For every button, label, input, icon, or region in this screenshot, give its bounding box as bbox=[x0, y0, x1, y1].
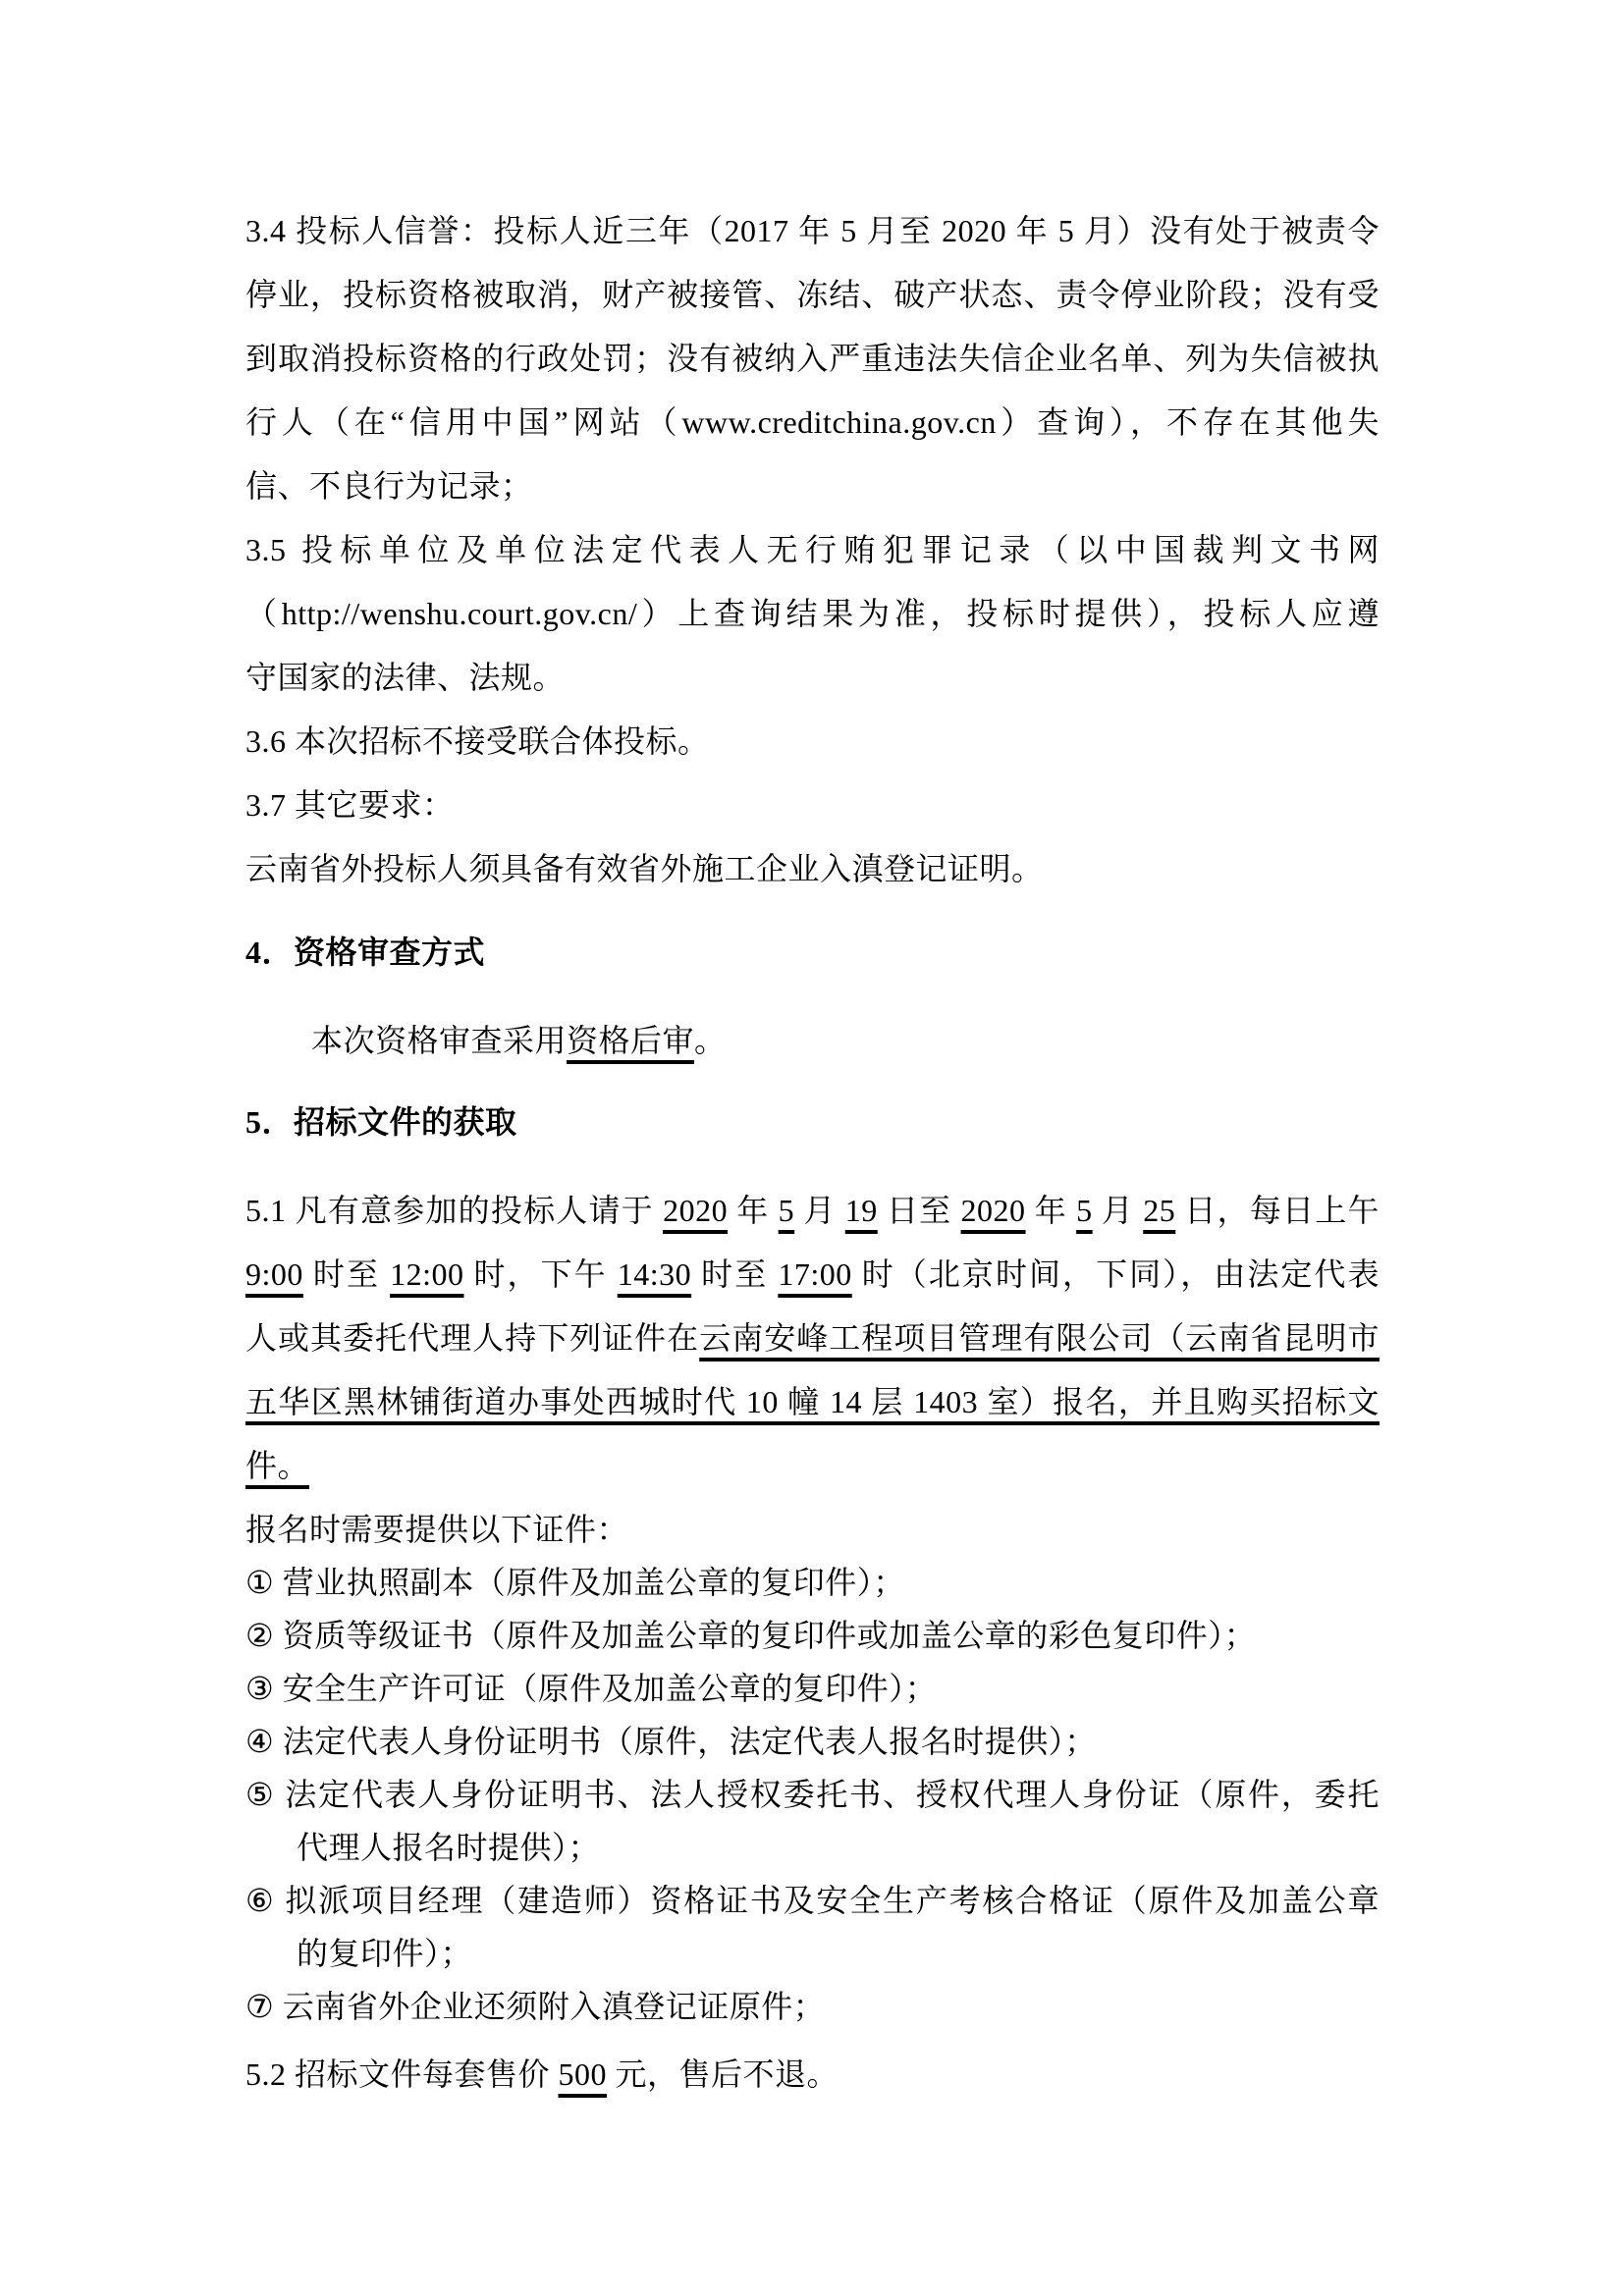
text-segment: 守国家的法律、法规。 bbox=[245, 660, 565, 695]
text-segment: 行人（在“信用中国”网站（www.creditchina.gov.cn）查询），… bbox=[245, 404, 1380, 440]
underlined-text: 2020 bbox=[961, 1193, 1026, 1228]
underlined-text: 5 bbox=[779, 1193, 795, 1228]
underlined-text: 19 bbox=[845, 1193, 878, 1228]
text-segment: 停业，投标资格被取消，财产被接管、冻结、破产状态、责令停业阶段；没有受 bbox=[245, 277, 1380, 312]
text-segment: 5.1 凡有意参加的投标人请于 bbox=[245, 1193, 663, 1228]
text-line: 件。 bbox=[245, 1434, 1380, 1498]
text-segment: 。 bbox=[694, 1023, 727, 1058]
text-line: 5．招标文件的获取 bbox=[245, 1091, 1380, 1154]
list-required-documents: 报名时需要提供以下证件：① 营业执照副本（原件及加盖公章的复印件）；② 资质等级… bbox=[245, 1503, 1380, 2033]
text-segment: 时，下午 bbox=[463, 1256, 617, 1292]
text-line: 5.1 凡有意参加的投标人请于 2020 年 5 月 19 日至 2020 年 … bbox=[245, 1179, 1380, 1243]
text-line: 9:00 时至 12:00 时，下午 14:30 时至 17:00 时（北京时间… bbox=[245, 1243, 1380, 1307]
document-page: 3.4 投标人信誉：投标人近三年（2017 年 5 月至 2020 年 5 月）… bbox=[0, 0, 1624, 2296]
text-segment: 时（北京时间，下同），由法定代表 bbox=[852, 1256, 1380, 1292]
paragraph-3-7: 3.7 其它要求： bbox=[245, 774, 1380, 837]
text-segment: 时至 bbox=[303, 1256, 390, 1292]
text-segment: 日至 bbox=[878, 1193, 961, 1228]
text-segment: 元，售后不退。 bbox=[607, 2056, 839, 2092]
underlined-text: 五华区黑林铺街道办事处西城时代 10 幢 14 层 1403 室）报名，并且购买… bbox=[245, 1384, 1380, 1419]
text-line: 3.7 其它要求： bbox=[245, 774, 1380, 837]
text-segment: 代理人报名时提供）； bbox=[297, 1830, 600, 1865]
text-segment: 报名时需要提供以下证件： bbox=[245, 1512, 628, 1547]
text-line: 本次资格审查采用资格后审。 bbox=[245, 1009, 1380, 1073]
text-segment: 人或其委托代理人持下列证件在 bbox=[245, 1320, 699, 1356]
text-segment: ① 营业执照副本（原件及加盖公章的复印件）； bbox=[245, 1565, 905, 1600]
paragraph-3-7-note: 云南省外投标人须具备有效省外施工企业入滇登记证明。 bbox=[245, 837, 1380, 901]
text-segment: 到取消投标资格的行政处罚；没有被纳入严重违法失信企业名单、列为失信被执 bbox=[245, 341, 1380, 376]
text-line: ⑤ 法定代表人身份证明书、法人授权委托书、授权代理人身份证（原件，委托 bbox=[245, 1768, 1380, 1821]
document-content: 3.4 投标人信誉：投标人近三年（2017 年 5 月至 2020 年 5 月）… bbox=[245, 199, 1380, 2107]
text-segment: 月 bbox=[794, 1193, 845, 1228]
text-line: 信、不良行为记录； bbox=[245, 454, 1380, 518]
text-segment: ⑥ 拟派项目经理（建造师）资格证书及安全生产考核合格证（原件及加盖公章 bbox=[245, 1883, 1380, 1918]
underlined-text: 9:00 bbox=[245, 1256, 303, 1292]
text-segment: 的复印件）； bbox=[297, 1936, 472, 1971]
text-segment: 5.2 招标文件每套售价 bbox=[245, 2056, 559, 2092]
text-line: ④ 法定代表人身份证明书（原件，法定代表人报名时提供）； bbox=[245, 1715, 1380, 1768]
text-line: 代理人报名时提供）； bbox=[245, 1821, 1380, 1874]
underlined-text: 云南安峰工程项目管理有限公司（云南省昆明市 bbox=[699, 1320, 1380, 1356]
text-segment: 3.4 投标人信誉：投标人近三年（2017 年 5 月至 2020 年 5 月）… bbox=[245, 213, 1380, 248]
text-segment: （http://wenshu.court.gov.cn/）上查询结果为准，投标时… bbox=[245, 596, 1380, 631]
text-line: 3.5 投标单位及单位法定代表人无行贿犯罪记录（以中国裁判文书网 bbox=[245, 518, 1380, 582]
underlined-text: 12:00 bbox=[390, 1256, 463, 1292]
text-line: ② 资质等级证书（原件及加盖公章的复印件或加盖公章的彩色复印件）； bbox=[245, 1609, 1380, 1662]
text-line: ⑥ 拟派项目经理（建造师）资格证书及安全生产考核合格证（原件及加盖公章 bbox=[245, 1874, 1380, 1927]
text-segment: 3.7 其它要求： bbox=[245, 787, 455, 823]
text-segment: 云南省外投标人须具备有效省外施工企业入滇登记证明。 bbox=[245, 851, 1044, 886]
paragraph-4-body: 本次资格审查采用资格后审。 bbox=[245, 1009, 1380, 1073]
text-line: 3.6 本次招标不接受联合体投标。 bbox=[245, 710, 1380, 774]
text-segment: 3.6 本次招标不接受联合体投标。 bbox=[245, 723, 710, 759]
paragraph-5-1: 5.1 凡有意参加的投标人请于 2020 年 5 月 19 日至 2020 年 … bbox=[245, 1179, 1380, 1498]
text-line: 行人（在“信用中国”网站（www.creditchina.gov.cn）查询），… bbox=[245, 391, 1380, 454]
underlined-text: 5 bbox=[1076, 1193, 1093, 1228]
text-segment: ② 资质等级证书（原件及加盖公章的复印件或加盖公章的彩色复印件）； bbox=[245, 1618, 1256, 1653]
text-segment: 信、不良行为记录； bbox=[245, 468, 533, 504]
text-segment: 时至 bbox=[691, 1256, 778, 1292]
underlined-text: 500 bbox=[559, 2056, 608, 2092]
underlined-text: 件。 bbox=[245, 1448, 309, 1483]
section-heading-4: 4．资格审查方式 bbox=[245, 921, 1380, 985]
text-line: ③ 安全生产许可证（原件及加盖公章的复印件）； bbox=[245, 1662, 1380, 1715]
underlined-text: 2020 bbox=[663, 1193, 728, 1228]
text-line: （http://wenshu.court.gov.cn/）上查询结果为准，投标时… bbox=[245, 582, 1380, 646]
text-segment: ⑦ 云南省外企业还须附入滇登记证原件； bbox=[245, 1989, 825, 2024]
underlined-text: 17:00 bbox=[778, 1256, 851, 1292]
text-line: 3.4 投标人信誉：投标人近三年（2017 年 5 月至 2020 年 5 月）… bbox=[245, 199, 1380, 263]
text-line: ① 营业执照副本（原件及加盖公章的复印件）； bbox=[245, 1556, 1380, 1609]
text-segment: ③ 安全生产许可证（原件及加盖公章的复印件）； bbox=[245, 1671, 937, 1706]
text-segment: ⑤ 法定代表人身份证明书、法人授权委托书、授权代理人身份证（原件，委托 bbox=[245, 1777, 1380, 1812]
text-line: 守国家的法律、法规。 bbox=[245, 646, 1380, 710]
text-line: 到取消投标资格的行政处罚；没有被纳入严重违法失信企业名单、列为失信被执 bbox=[245, 327, 1380, 391]
text-segment: 年 bbox=[728, 1193, 779, 1228]
text-line: 云南省外投标人须具备有效省外施工企业入滇登记证明。 bbox=[245, 837, 1380, 901]
text-segment: 3.5 投标单位及单位法定代表人无行贿犯罪记录（以中国裁判文书网 bbox=[245, 532, 1380, 567]
text-line: ⑦ 云南省外企业还须附入滇登记证原件； bbox=[245, 1980, 1380, 2033]
text-segment: 年 bbox=[1026, 1193, 1077, 1228]
underlined-text: 14:30 bbox=[618, 1256, 691, 1292]
text-line: 的复印件）； bbox=[245, 1927, 1380, 1980]
text-segment: ④ 法定代表人身份证明书（原件，法定代表人报名时提供）； bbox=[245, 1724, 1097, 1759]
text-segment: 日，每日上午 bbox=[1175, 1193, 1380, 1228]
underlined-text: 25 bbox=[1143, 1193, 1175, 1228]
underlined-text: 资格后审 bbox=[567, 1023, 694, 1058]
text-line: 报名时需要提供以下证件： bbox=[245, 1503, 1380, 1556]
text-segment: 5．招标文件的获取 bbox=[245, 1104, 517, 1140]
text-line: 五华区黑林铺街道办事处西城时代 10 幢 14 层 1403 室）报名，并且购买… bbox=[245, 1370, 1380, 1434]
section-heading-5: 5．招标文件的获取 bbox=[245, 1091, 1380, 1154]
text-segment: 4．资格审查方式 bbox=[245, 934, 485, 970]
text-segment: 月 bbox=[1093, 1193, 1144, 1228]
paragraph-3-6: 3.6 本次招标不接受联合体投标。 bbox=[245, 710, 1380, 774]
text-line: 人或其委托代理人持下列证件在云南安峰工程项目管理有限公司（云南省昆明市 bbox=[245, 1307, 1380, 1370]
text-line: 4．资格审查方式 bbox=[245, 921, 1380, 985]
text-line: 5.2 招标文件每套售价 500 元，售后不退。 bbox=[245, 2043, 1380, 2107]
paragraph-5-2: 5.2 招标文件每套售价 500 元，售后不退。 bbox=[245, 2043, 1380, 2107]
paragraph-3-4: 3.4 投标人信誉：投标人近三年（2017 年 5 月至 2020 年 5 月）… bbox=[245, 199, 1380, 518]
text-segment: 本次资格审查采用 bbox=[311, 1023, 567, 1058]
paragraph-3-5: 3.5 投标单位及单位法定代表人无行贿犯罪记录（以中国裁判文书网（http://… bbox=[245, 518, 1380, 710]
text-line: 停业，投标资格被取消，财产被接管、冻结、破产状态、责令停业阶段；没有受 bbox=[245, 263, 1380, 327]
